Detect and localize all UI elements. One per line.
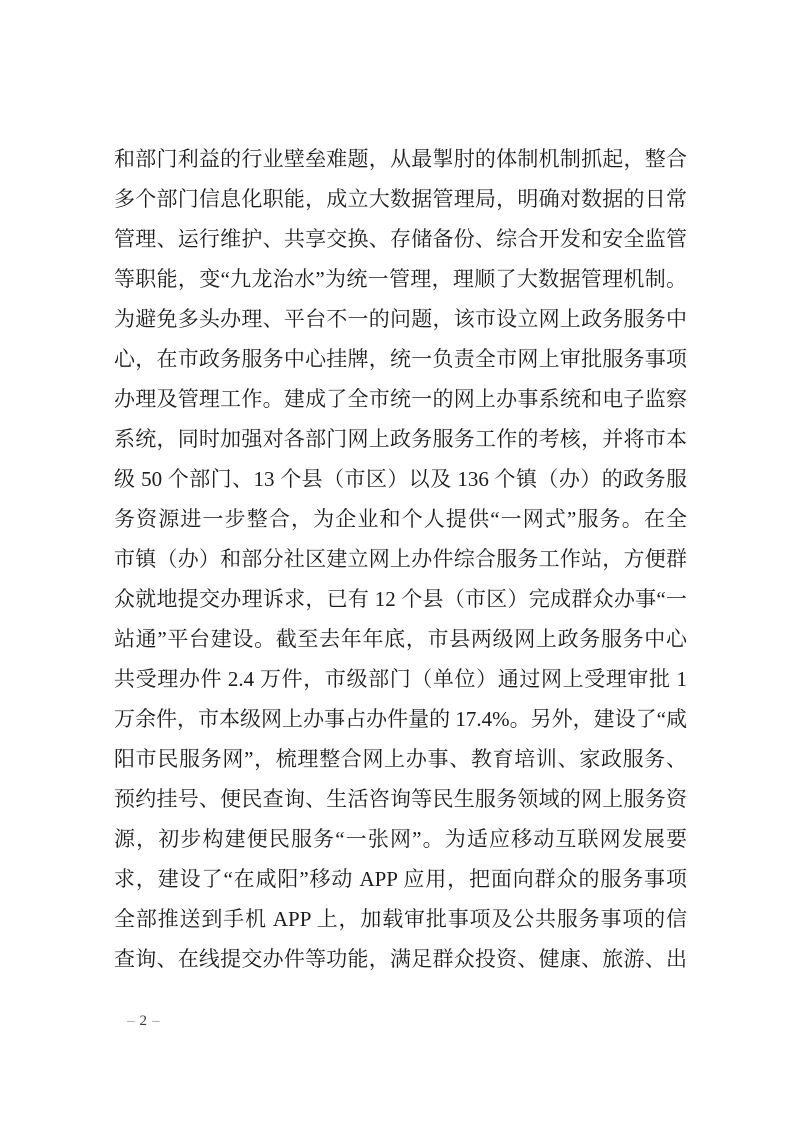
page-number-dash-left: – [122, 1013, 140, 1029]
paragraph-line: 求，建设了“在咸阳”移动 APP 应用，把面向群众的服务事项 [114, 859, 687, 899]
paragraph-line: 查询、在线提交办件等功能，满足群众投资、健康、旅游、出 [114, 939, 687, 979]
paragraph-line: 管理、运行维护、共享交换、存储备份、综合开发和安全监管 [114, 219, 687, 259]
paragraph-line: 办理及管理工作。建成了全市统一的网上办事系统和电子监察 [114, 379, 687, 419]
paragraph-line: 市镇（办）和部分社区建立网上办件综合服务工作站，方便群 [114, 539, 687, 579]
paragraph-line: 预约挂号、便民查询、生活咨询等民生服务领域的网上服务资 [114, 779, 687, 819]
document-body: 和部门利益的行业壁垒难题，从最掣肘的体制机制抓起，整合 多个部门信息化职能，成立… [114, 139, 687, 979]
paragraph-line: 系统，同时加强对各部门网上政务服务工作的考核，并将市本 [114, 419, 687, 459]
paragraph-line: 多个部门信息化职能，成立大数据管理局，明确对数据的日常 [114, 179, 687, 219]
paragraph-line: 心，在市政务服务中心挂牌，统一负责全市网上审批服务事项 [114, 339, 687, 379]
document-page: 和部门利益的行业壁垒难题，从最掣肘的体制机制抓起，整合 多个部门信息化职能，成立… [0, 0, 793, 1122]
paragraph-line: 务资源进一步整合，为企业和个人提供“一网式”服务。在全 [114, 499, 687, 539]
paragraph-line: 为避免多头办理、平台不一的问题，该市设立网上政务服务中 [114, 299, 687, 339]
paragraph-line: 阳市民服务网”，梳理整合网上办事、教育培训、家政服务、 [114, 739, 687, 779]
paragraph-line: 全部推送到手机 APP 上，加载审批事项及公共服务事项的信息 [114, 899, 687, 939]
paragraph-line: 万余件，市本级网上办事占办件量的 17.4%。另外，建设了“咸 [114, 699, 687, 739]
paragraph-line: 和部门利益的行业壁垒难题，从最掣肘的体制机制抓起，整合 [114, 139, 687, 179]
page-number-value: 2 [140, 1013, 148, 1029]
paragraph-line: 源，初步构建便民服务“一张网”。为适应移动互联网发展要 [114, 819, 687, 859]
paragraph-line: 站通”平台建设。截至去年年底，市县两级网上政务服务中心 [114, 619, 687, 659]
page-number: –2– [122, 1011, 165, 1031]
paragraph-line: 级 50 个部门、13 个县（市区）以及 136 个镇（办）的政务服 [114, 459, 687, 499]
paragraph-line: 共受理办件 2.4 万件，市级部门（单位）通过网上受理审批 1 [114, 659, 687, 699]
page-number-dash-right: – [147, 1013, 165, 1029]
paragraph-line: 众就地提交办理诉求，已有 12 个县（市区）完成群众办事“一 [114, 579, 687, 619]
paragraph-line: 等职能，变“九龙治水”为统一管理，理顺了大数据管理机制。 [114, 259, 687, 299]
